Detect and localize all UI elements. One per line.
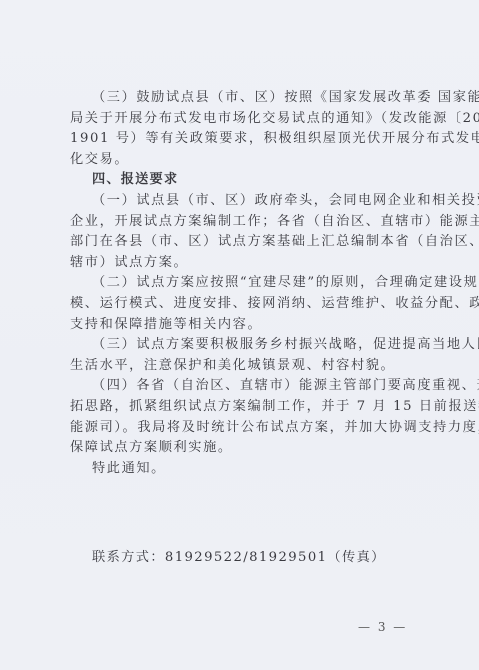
paragraph-3-3-line-2: 局关于开展分布式发电市场化交易试点的通知》（发改能源〔2017〕 — [70, 109, 426, 130]
paragraph-3-3-line-4: 化交易。 — [70, 150, 426, 171]
paragraph-4-4-line-1: （四）各省（自治区、直辖市）能源主管部门要高度重视、开 — [70, 376, 426, 397]
paragraph-4-4-line-3: 能源司）。我局将及时统计公布试点方案，并加大协调支持力度， — [70, 418, 426, 439]
paragraph-4-1-line-4: 辖市）试点方案。 — [70, 253, 426, 274]
paragraph-4-4-line-2: 拓思路，抓紧组织试点方案编制工作，并于 7 月 15 日前报送我局（新 — [70, 397, 426, 418]
section-heading-reporting-requirements: 四、报送要求 — [70, 170, 426, 191]
closing-notice: 特此通知。 — [70, 459, 426, 480]
paragraph-4-3-line-2: 生活水平，注意保护和美化城镇景观、村容村貌。 — [70, 356, 426, 377]
page-number: — 3 — — [358, 617, 407, 637]
contact-info: 联系方式：81929522/81929501（传真） — [92, 548, 386, 568]
paragraph-4-4-line-4: 保障试点方案顺利实施。 — [70, 438, 426, 459]
paragraph-4-1-line-1: （一）试点县（市、区）政府牵头，会同电网企业和相关投资 — [70, 191, 426, 212]
document-page: （三）鼓励试点县（市、区）按照《国家发展改革委 国家能源 局关于开展分布式发电市… — [0, 0, 479, 670]
paragraph-4-3-line-1: （三）试点方案要积极服务乡村振兴战略，促进提高当地人民 — [70, 335, 426, 356]
paragraph-3-3-line-3: 1901 号）等有关政策要求，积极组织屋顶光伏开展分布式发电市场 — [70, 129, 426, 150]
paragraph-4-1-line-2: 企业，开展试点方案编制工作；各省（自治区、直辖市）能源主管 — [70, 212, 426, 233]
paragraph-4-2-line-1: （二）试点方案应按照“宜建尽建”的原则，合理确定建设规 — [70, 273, 426, 294]
document-body: （三）鼓励试点县（市、区）按照《国家发展改革委 国家能源 局关于开展分布式发电市… — [70, 88, 426, 479]
paragraph-4-2-line-2: 模、运行模式、进度安排、接网消纳、运营维护、收益分配、政策 — [70, 294, 426, 315]
paragraph-4-2-line-3: 支持和保障措施等相关内容。 — [70, 315, 426, 336]
paragraph-4-1-line-3: 部门在各县（市、区）试点方案基础上汇总编制本省（自治区、直 — [70, 232, 426, 253]
paragraph-3-3-line-1: （三）鼓励试点县（市、区）按照《国家发展改革委 国家能源 — [70, 88, 426, 109]
